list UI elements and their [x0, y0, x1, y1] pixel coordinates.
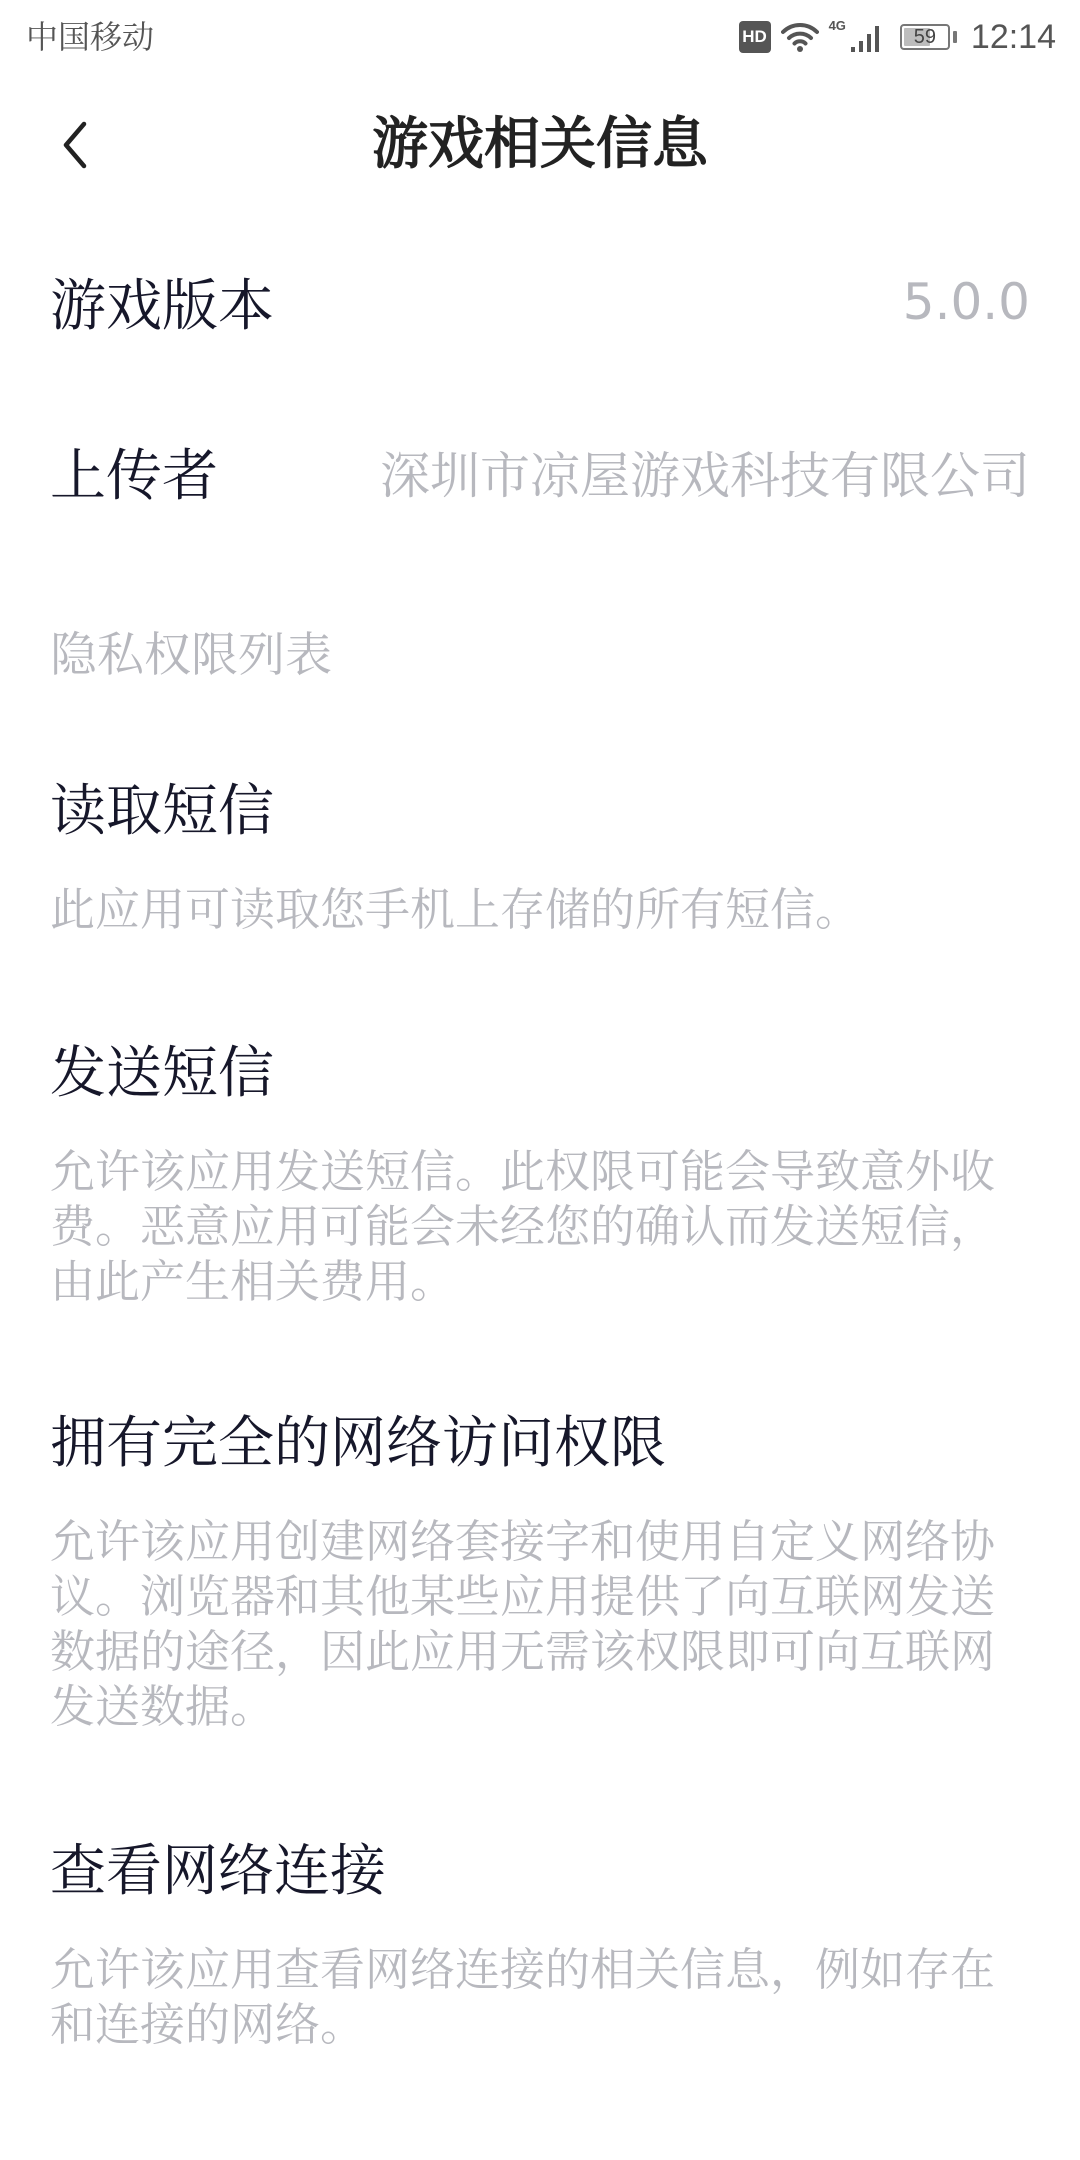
battery-icon: 59 [900, 24, 950, 50]
page-title: 游戏相关信息 [0, 110, 1080, 180]
permission-title: 拥有完全的网络访问权限 [50, 1408, 1010, 1480]
permission-description: 允许该应用发送短信。此权限可能会导致意外收费。恶意应用可能会未经您的确认而发送短… [50, 1144, 1010, 1309]
privacy-permissions-heading: 隐私权限列表 [50, 624, 332, 688]
uploader-row: 上传者 深圳市凉屋游戏科技有限公司 [50, 432, 1030, 512]
uploader-value: 深圳市凉屋游戏科技有限公司 [380, 436, 1030, 508]
battery-level: 59 [902, 26, 948, 48]
wifi-icon [781, 21, 819, 53]
permission-item: 拥有完全的网络访问权限 允许该应用创建网络套接字和使用自定义网络协议。浏览器和其… [50, 1408, 1010, 1734]
permission-item: 发送短信 允许该应用发送短信。此权限可能会导致意外收费。恶意应用可能会未经您的确… [50, 1038, 1010, 1309]
battery-tip [953, 31, 957, 43]
permission-description: 允许该应用创建网络套接字和使用自定义网络协议。浏览器和其他某些应用提供了向互联网… [50, 1514, 1010, 1734]
permission-item: 查看网络连接 允许该应用查看网络连接的相关信息，例如存在和连接的网络。 [50, 1836, 1010, 2052]
clock: 12:14 [971, 18, 1056, 57]
permission-title: 读取短信 [50, 776, 1010, 848]
permission-description: 此应用可读取您手机上存储的所有短信。 [50, 882, 1010, 937]
game-version-label: 游戏版本 [50, 262, 274, 342]
signal-strength-icon [850, 21, 884, 53]
navigation-bar: 游戏相关信息 [0, 96, 1080, 196]
status-icons: HD 4G 59 12:14 [739, 16, 1056, 58]
game-version-value: 5.0.0 [903, 273, 1030, 331]
uploader-label: 上传者 [50, 432, 218, 512]
hd-voice-icon: HD [739, 21, 771, 53]
status-bar: 中国移动 HD 4G 59 12:14 [0, 0, 1080, 76]
network-type-label: 4G [829, 18, 846, 33]
carrier-name: 中国移动 [26, 16, 154, 58]
permission-description: 允许该应用查看网络连接的相关信息，例如存在和连接的网络。 [50, 1942, 1010, 2052]
permission-title: 发送短信 [50, 1038, 1010, 1110]
permission-item: 读取短信 此应用可读取您手机上存储的所有短信。 [50, 776, 1010, 937]
permission-title: 查看网络连接 [50, 1836, 1010, 1908]
game-version-row: 游戏版本 5.0.0 [50, 262, 1030, 342]
